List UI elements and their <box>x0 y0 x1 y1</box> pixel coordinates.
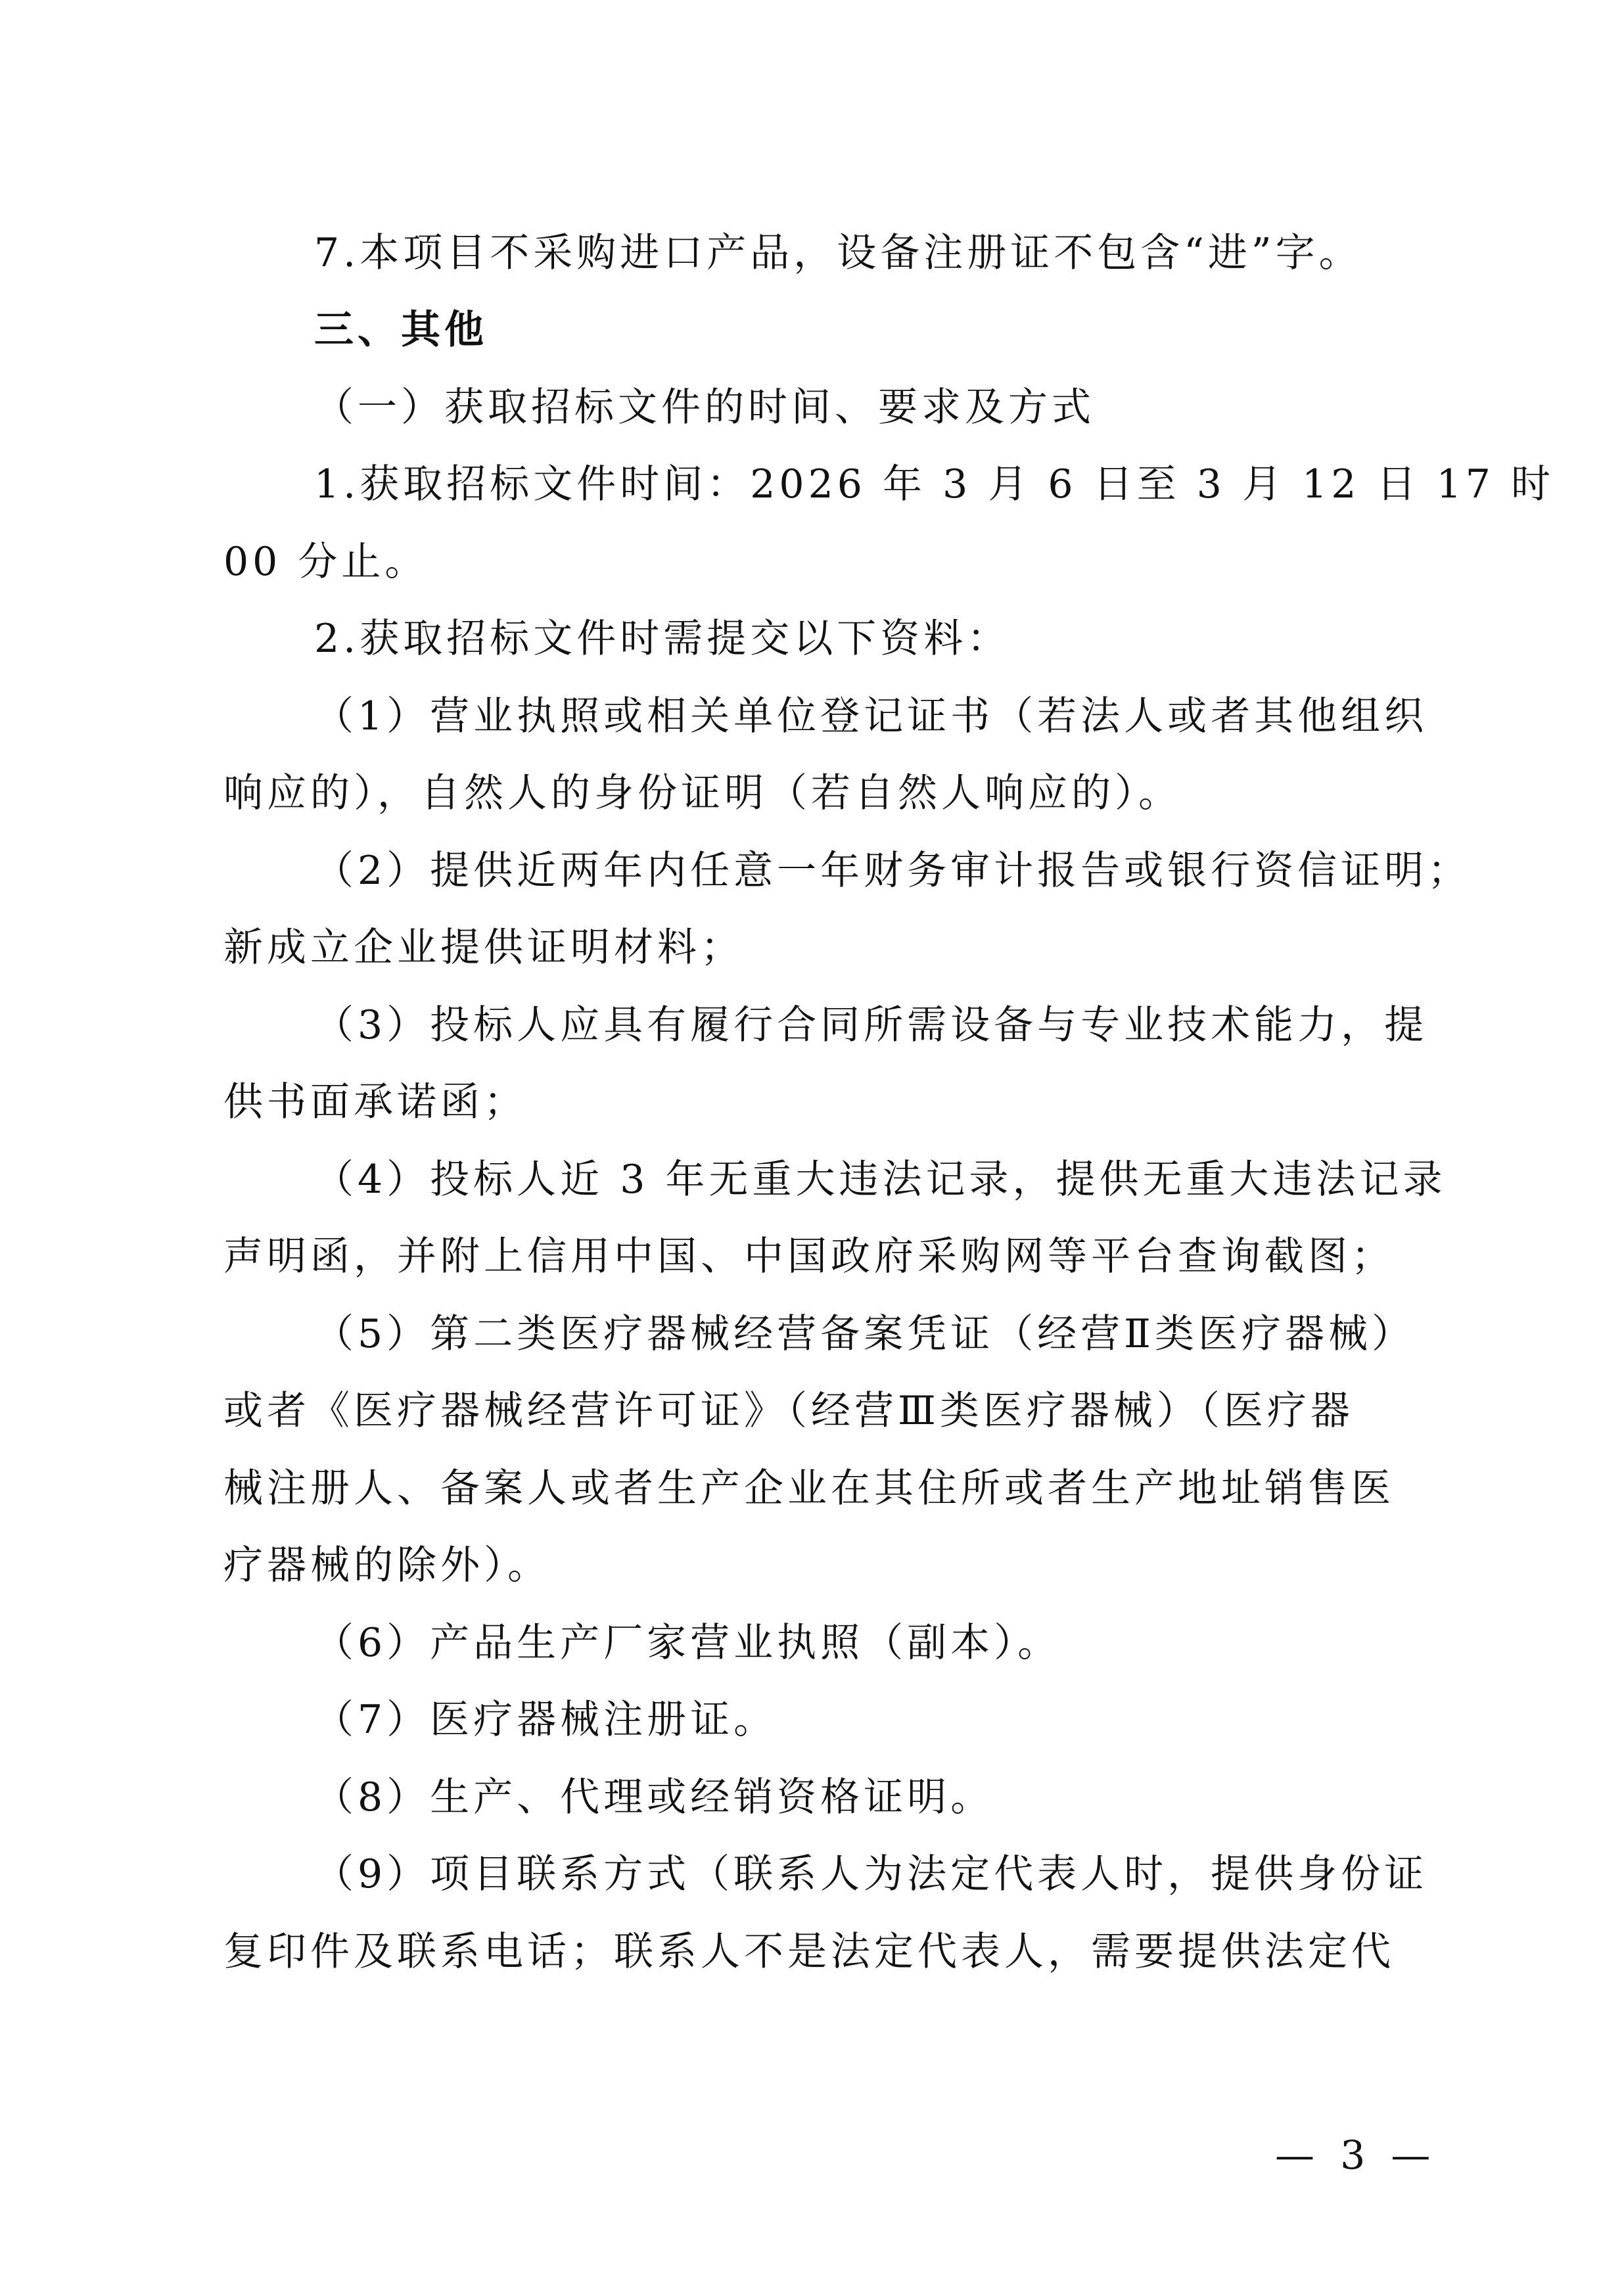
subsection-heading: （一）获取招标文件的时间、要求及方式 <box>314 381 1431 434</box>
list-item-2: （2）提供近两年内任意一年财务审计报告或银行资信证明； <box>314 844 1431 897</box>
list-item-5-cont: 或者《医疗器械经营许可证》（经营Ⅲ类医疗器械）（医疗器 <box>223 1385 1426 1437</box>
list-item-1-cont: 响应的），自然人的身份证明（若自然人响应的）。 <box>223 767 1426 819</box>
list-item-2-cont: 新成立企业提供证明材料； <box>223 921 1426 974</box>
paragraph-item-7: 7.本项目不采购进口产品，设备注册证不包含“进”字。 <box>314 227 1431 279</box>
list-item-5-cont: 疗器械的除外）。 <box>223 1539 1426 1592</box>
document-page: 7.本项目不采购进口产品，设备注册证不包含“进”字。 三、其他 （一）获取招标文… <box>0 0 1624 2283</box>
list-item-4-cont: 声明函，并附上信用中国、中国政府采购网等平台查询截图； <box>223 1230 1426 1283</box>
paragraph-line: 1.获取招标文件时间：2026 年 3 月 6 日至 3 月 12 日 17 时 <box>314 458 1431 511</box>
list-item-8: （8）生产、代理或经销资格证明。 <box>314 1771 1431 1824</box>
page-number: — 3 — <box>1275 2129 1437 2182</box>
list-item-9: （9）项目联系方式（联系人为法定代表人时，提供身份证 <box>314 1848 1431 1901</box>
list-item-4: （4）投标人近 3 年无重大违法记录，提供无重大违法记录 <box>314 1153 1431 1206</box>
paragraph-line: 00 分止。 <box>223 536 1426 588</box>
list-item-6: （6）产品生产厂家营业执照（副本）。 <box>314 1617 1431 1669</box>
list-item-9-cont: 复印件及联系电话；联系人不是法定代表人，需要提供法定代 <box>223 1926 1426 1978</box>
list-item-5-cont: 械注册人、备案人或者生产企业在其住所或者生产地址销售医 <box>223 1462 1426 1515</box>
list-item-1: （1）营业执照或相关单位登记证书（若法人或者其他组织 <box>314 690 1431 743</box>
paragraph-line: 2.获取招标文件时需提交以下资料： <box>314 612 1431 665</box>
section-heading: 三、其他 <box>314 304 1431 356</box>
list-item-3: （3）投标人应具有履行合同所需设备与专业技术能力，提 <box>314 999 1431 1051</box>
list-item-7: （7）医疗器械注册证。 <box>314 1694 1431 1746</box>
list-item-5: （5）第二类医疗器械经营备案凭证（经营Ⅱ类医疗器械） <box>314 1308 1431 1360</box>
list-item-3-cont: 供书面承诺函； <box>223 1076 1426 1128</box>
